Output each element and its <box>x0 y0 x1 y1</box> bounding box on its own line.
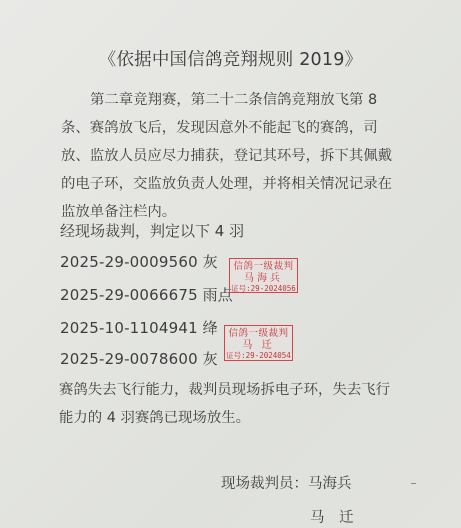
signature-line-1: 现场裁判员：马海兵 <box>221 472 352 493</box>
ring-number: 2025-29-0009560 <box>60 253 198 271</box>
document-page: 《依据中国信鸽竞翔规则 2019》 第二章竞翔赛，第二十二条信鸽竞翔放飞第 8 … <box>0 0 461 528</box>
stray-mark <box>411 483 416 484</box>
signature-label: 现场裁判员： <box>221 476 308 492</box>
rule-line: 放、监放人员应尽力捕获，登记其环号，拆下其佩戴 <box>61 142 406 170</box>
conclusion-line: 能力的 4 羽赛鸽已现场放生。 <box>59 404 404 432</box>
judgment-intro: 经现场裁判，判定以下 4 羽 <box>60 220 244 241</box>
referee-name: 马 迁 <box>310 510 354 526</box>
ring-number: 2025-29-0066675 <box>60 286 198 304</box>
conclusion-line: 赛鸽失去飞行能力，裁判员现场拆电子环，失去飞行 <box>59 376 404 404</box>
bird-color: 灰 <box>203 253 218 271</box>
bird-entry: 2025-29-0066675 雨点 <box>60 284 233 305</box>
bird-entry: 2025-10-1104941 绛 <box>60 317 218 338</box>
rule-paragraph: 第二章竞翔赛，第二十二条信鸽竞翔放飞第 8 条、赛鸽放飞后，发现因意外不能起飞的… <box>61 86 406 226</box>
bird-entry: 2025-29-0009560 灰 <box>60 251 218 272</box>
rule-line: 条、赛鸽放飞后，发现因意外不能起飞的赛鸽，司 <box>61 114 406 142</box>
document-title: 《依据中国信鸽竞翔规则 2019》 <box>0 46 461 71</box>
bird-entry: 2025-29-0078600 灰 <box>60 348 218 369</box>
ring-number: 2025-29-0078600 <box>60 350 198 368</box>
bird-color: 灰 <box>203 350 218 368</box>
conclusion-paragraph: 赛鸽失去飞行能力，裁判员现场拆电子环，失去飞行 能力的 4 羽赛鸽已现场放生。 <box>59 376 404 432</box>
rule-line: 第二章竞翔赛，第二十二条信鸽竞翔放飞第 8 <box>61 86 406 114</box>
referee-name: 马海兵 <box>308 476 352 492</box>
ring-number: 2025-10-1104941 <box>60 319 198 337</box>
signature-line-2: 马 迁 <box>310 506 354 527</box>
rule-line: 的电子环，交监放负责人处理，并将相关情况记录在 <box>61 170 406 198</box>
referee-stamp: 信鸽一级裁判 马海兵 证号:29-2024056 <box>229 258 298 293</box>
bird-color: 绛 <box>203 319 218 337</box>
referee-stamp: 信鸽一级裁判 马 迁 证号:29-2024054 <box>224 325 293 361</box>
